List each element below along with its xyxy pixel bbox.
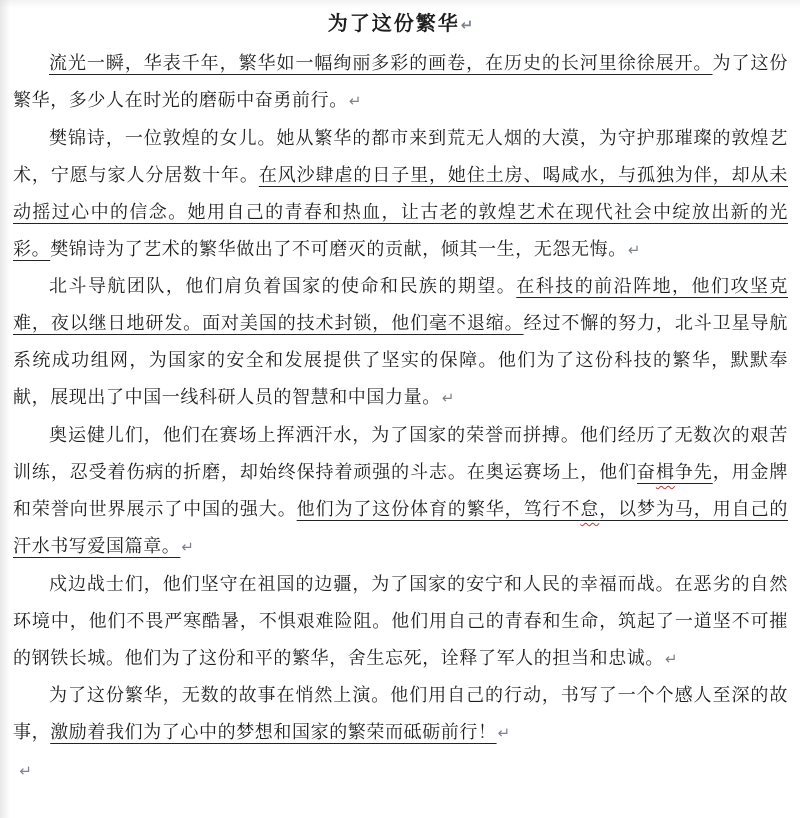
paragraph-mark-icon: ↵ [348, 92, 362, 110]
underlined-text-run: 怠 [580, 499, 599, 519]
spellcheck-flagged-text: 怠 [580, 499, 599, 519]
paragraph-mark-icon: ↵ [664, 650, 678, 668]
document-page: { "document": { "title": "为了这份繁华", "pilc… [0, 0, 800, 818]
paragraph: 戍边战士们，他们坚守在祖国的边疆，为了国家的安宁和人民的幸福而战。在恶劣的自然环… [13, 566, 788, 678]
paragraph: 流光一瞬，华表千年，繁华如一幅绚丽多彩的画卷，在历史的长河里徐徐展开。为了这份繁… [13, 45, 788, 120]
paragraph-mark-icon: ↵ [18, 762, 32, 780]
paragraph: 为了这份繁华，无数的故事在悄然上演。他们用自己的行动，书写了一个个感人至深的故事… [13, 677, 788, 752]
empty-paragraph: ↵ [13, 752, 788, 790]
paragraph: 奥运健儿们，他们在赛场上挥洒汗水，为了国家的荣誉而拼搏。他们经历了无数次的艰苦训… [13, 417, 788, 566]
document-title-text: 为了这份繁华 [328, 13, 460, 35]
underlined-text-run: 奋 [637, 462, 656, 482]
underlined-text-run: 流光一瞬，华表千年，繁华如一幅绚丽多彩的画卷，在历史的长河里徐徐展开。 [49, 53, 713, 73]
paragraph-mark-icon: ↵ [180, 538, 194, 556]
text-run: 樊锦诗为了艺术的繁华做出了不可磨灭的贡献，倾其一生，无怨无悔。 [50, 239, 627, 259]
paragraph: 北斗导航团队，他们肩负着国家的使命和民族的期望。在科技的前沿阵地，他们攻坚克难，… [13, 268, 788, 417]
underlined-text-run: 争先 [675, 462, 713, 482]
paragraph: 樊锦诗，一位敦煌的女儿。她从繁华的都市来到荒无人烟的大漠，为守护那璀璨的敦煌艺术… [13, 120, 788, 269]
underlined-text-run: 楫 [656, 462, 675, 482]
document-body: 流光一瞬，华表千年，繁华如一幅绚丽多彩的画卷，在历史的长河里徐徐展开。为了这份繁… [13, 45, 788, 790]
text-run: 北斗导航团队，他们肩负着国家的使命和民族的期望。 [49, 276, 516, 296]
paragraph-mark-icon: ↵ [497, 724, 511, 742]
paragraph-mark-icon: ↵ [627, 241, 641, 259]
underlined-text-run: 他们为了这份体育的繁华，笃行不 [297, 499, 581, 519]
paragraph-mark-icon: ↵ [441, 389, 455, 407]
paragraph-mark-icon: ↵ [460, 16, 474, 34]
document-title: 为了这份繁华↵ [13, 8, 788, 41]
spellcheck-flagged-text: 楫 [656, 462, 675, 482]
underlined-text-run: 激励着我们为了心中的梦想和国家的繁荣而砥砺前行！ [50, 722, 496, 742]
document-content: 为了这份繁华↵ 流光一瞬，华表千年，繁华如一幅绚丽多彩的画卷，在历史的长河里徐徐… [0, 0, 800, 790]
